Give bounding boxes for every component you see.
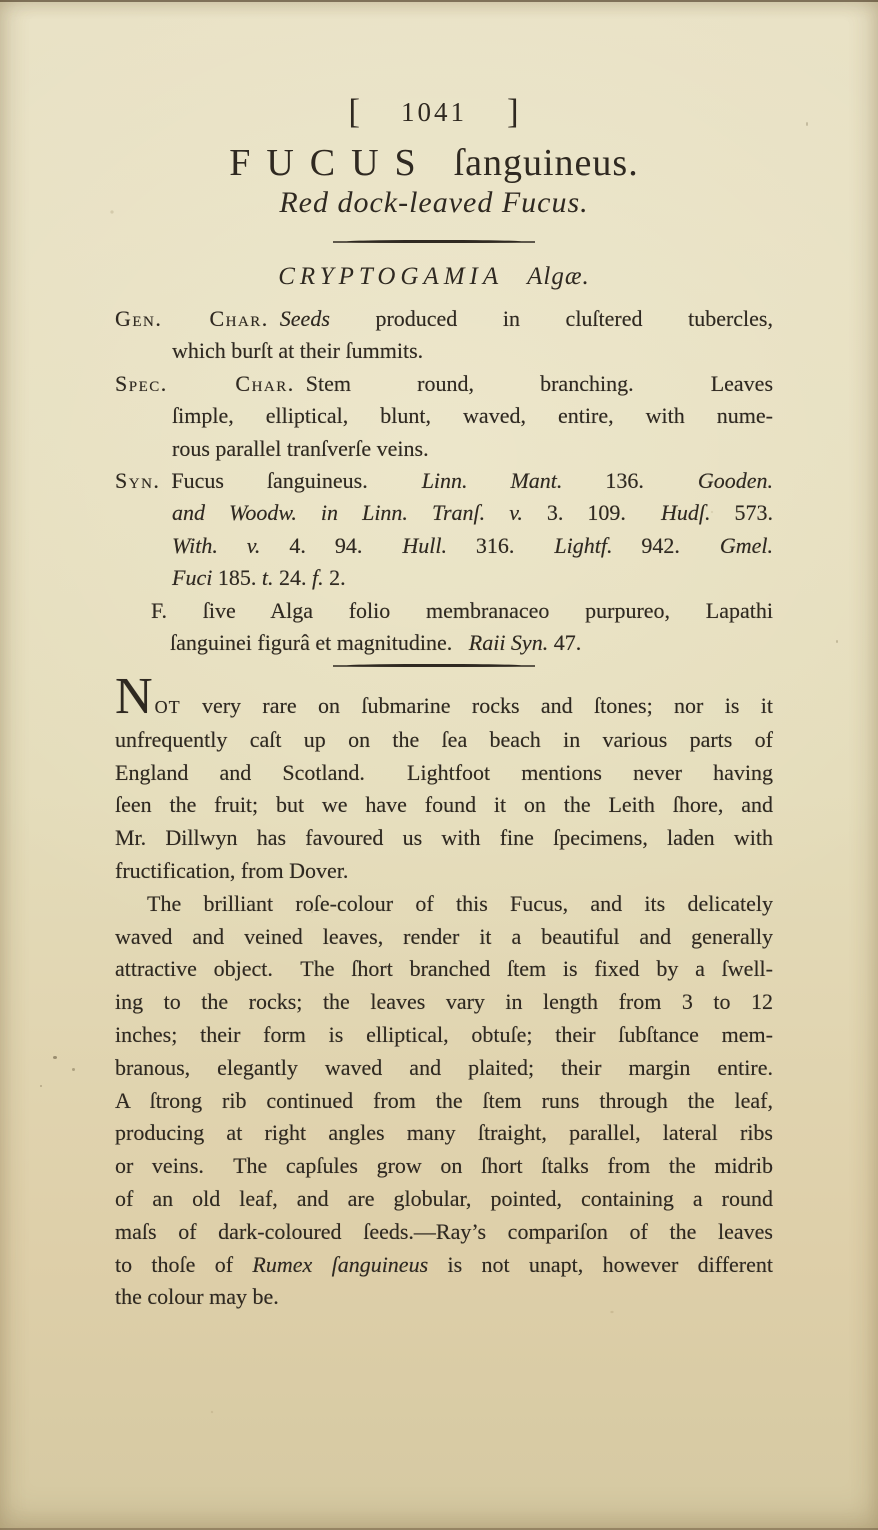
- left-bracket: [: [348, 92, 361, 131]
- text-line: to thoſe of Rumex ſanguineus is not unap…: [115, 1249, 773, 1282]
- text-line: rous parallel tranſverſe veins.: [115, 433, 773, 465]
- taxonomy-class: CRYPTOGAMIA: [278, 263, 503, 290]
- text-line: Syn. Fucus ſanguineus. Linn. Mant. 136. …: [115, 465, 773, 497]
- text-line: Gen. Char. Seeds produced in cluſtered t…: [115, 303, 773, 335]
- descriptive-entries: Gen. Char. Seeds produced in cluſtered t…: [115, 303, 773, 659]
- divider-rule-top: [333, 239, 535, 244]
- text-line: maſs of dark-coloured ſeeds.—Ray’s compa…: [115, 1216, 773, 1249]
- text-line: With. v. 4. 94. Hull. 316. Lightf. 942. …: [115, 530, 773, 562]
- book-page-scan: [1041] FUCUSſanguineus. Red dock-leaved …: [0, 0, 878, 1530]
- text-line: ſanguinei figurâ et magnitudine. Raii Sy…: [115, 627, 773, 659]
- description-paragraph: The brilliant roſe-colour of this Fucus,…: [115, 888, 773, 1314]
- body-text: NOT very rare on ſubmarine rocks and ſto…: [115, 690, 773, 1314]
- habitat-paragraph: NOT very rare on ſubmarine rocks and ſto…: [115, 690, 773, 888]
- text-line: The brilliant roſe-colour of this Fucus,…: [115, 888, 773, 921]
- generic-character: Gen. Char. Seeds produced in cluſtered t…: [115, 303, 773, 368]
- text-line: the colour may be.: [115, 1281, 773, 1314]
- text-line: England and Scotland. Lightfoot mentions…: [115, 757, 773, 790]
- synonyms: Syn. Fucus ſanguineus. Linn. Mant. 136. …: [115, 465, 773, 595]
- text-line: ſimple, elliptical, blunt, waved, entire…: [115, 400, 773, 432]
- text-line: or veins. The capſules grow on ſhort ſta…: [115, 1150, 773, 1183]
- text-line: F. ſive Alga folio membranaceo purpureo,…: [115, 595, 773, 627]
- paper-speck: [72, 1068, 75, 1071]
- text-line: Fuci 185. t. 24. f. 2.: [115, 562, 773, 594]
- text-line: attractive object. The ſhort branched ſt…: [115, 953, 773, 986]
- text-line: A ſtrong rib continued from the ſtem run…: [115, 1085, 773, 1118]
- text-line: inches; their form is elliptical, obtuſe…: [115, 1019, 773, 1052]
- text-line: and Woodw. in Linn. Tranſ. v. 3. 109. Hu…: [115, 497, 773, 529]
- paper-speck: [53, 1056, 57, 1059]
- divider-rule-bottom: [333, 663, 535, 668]
- species-epithet: ſanguineus.: [454, 142, 639, 184]
- text-line: Spec. Char. Stem round, branching. Leave…: [115, 368, 773, 400]
- taxonomy-heading: CRYPTOGAMIAAlgæ.: [0, 263, 868, 291]
- text-line: fructification, from Dover.: [115, 855, 773, 888]
- paper-speck: [836, 640, 838, 643]
- page-top-edge: [0, 0, 878, 2]
- page-number: [1041]: [0, 90, 868, 130]
- text-line: Mr. Dillwyn has favoured us with fine ſp…: [115, 822, 773, 855]
- text-line: NOT very rare on ſubmarine rocks and ſto…: [115, 690, 773, 724]
- text-line: unfrequently caſt up on the ſea beach in…: [115, 724, 773, 757]
- paper-speck: [40, 1085, 42, 1087]
- taxonomy-order: Algæ.: [527, 263, 590, 290]
- specific-character: Spec. Char. Stem round, branching. Leave…: [115, 368, 773, 465]
- page-number-value: 1041: [401, 97, 467, 127]
- text-line: of an old leaf, and are globular, pointe…: [115, 1183, 773, 1216]
- text-line: producing at right angles many ſtraight,…: [115, 1117, 773, 1150]
- right-bracket: ]: [507, 92, 520, 131]
- species-title: FUCUSſanguineus.: [0, 141, 868, 185]
- text-line: branous, elegantly waved and plaited; th…: [115, 1052, 773, 1085]
- genus-name: FUCUS: [229, 142, 431, 184]
- text-line: ſeen the fruit; but we have found it on …: [115, 789, 773, 822]
- common-name: Red dock-leaved Fucus.: [0, 186, 868, 220]
- text-line: ing to the rocks; the leaves vary in len…: [115, 986, 773, 1019]
- latin-diagnosis: F. ſive Alga folio membranaceo purpureo,…: [115, 595, 773, 660]
- text-line: waved and veined leaves, render it a bea…: [115, 921, 773, 954]
- text-line: which burſt at their ſummits.: [115, 335, 773, 367]
